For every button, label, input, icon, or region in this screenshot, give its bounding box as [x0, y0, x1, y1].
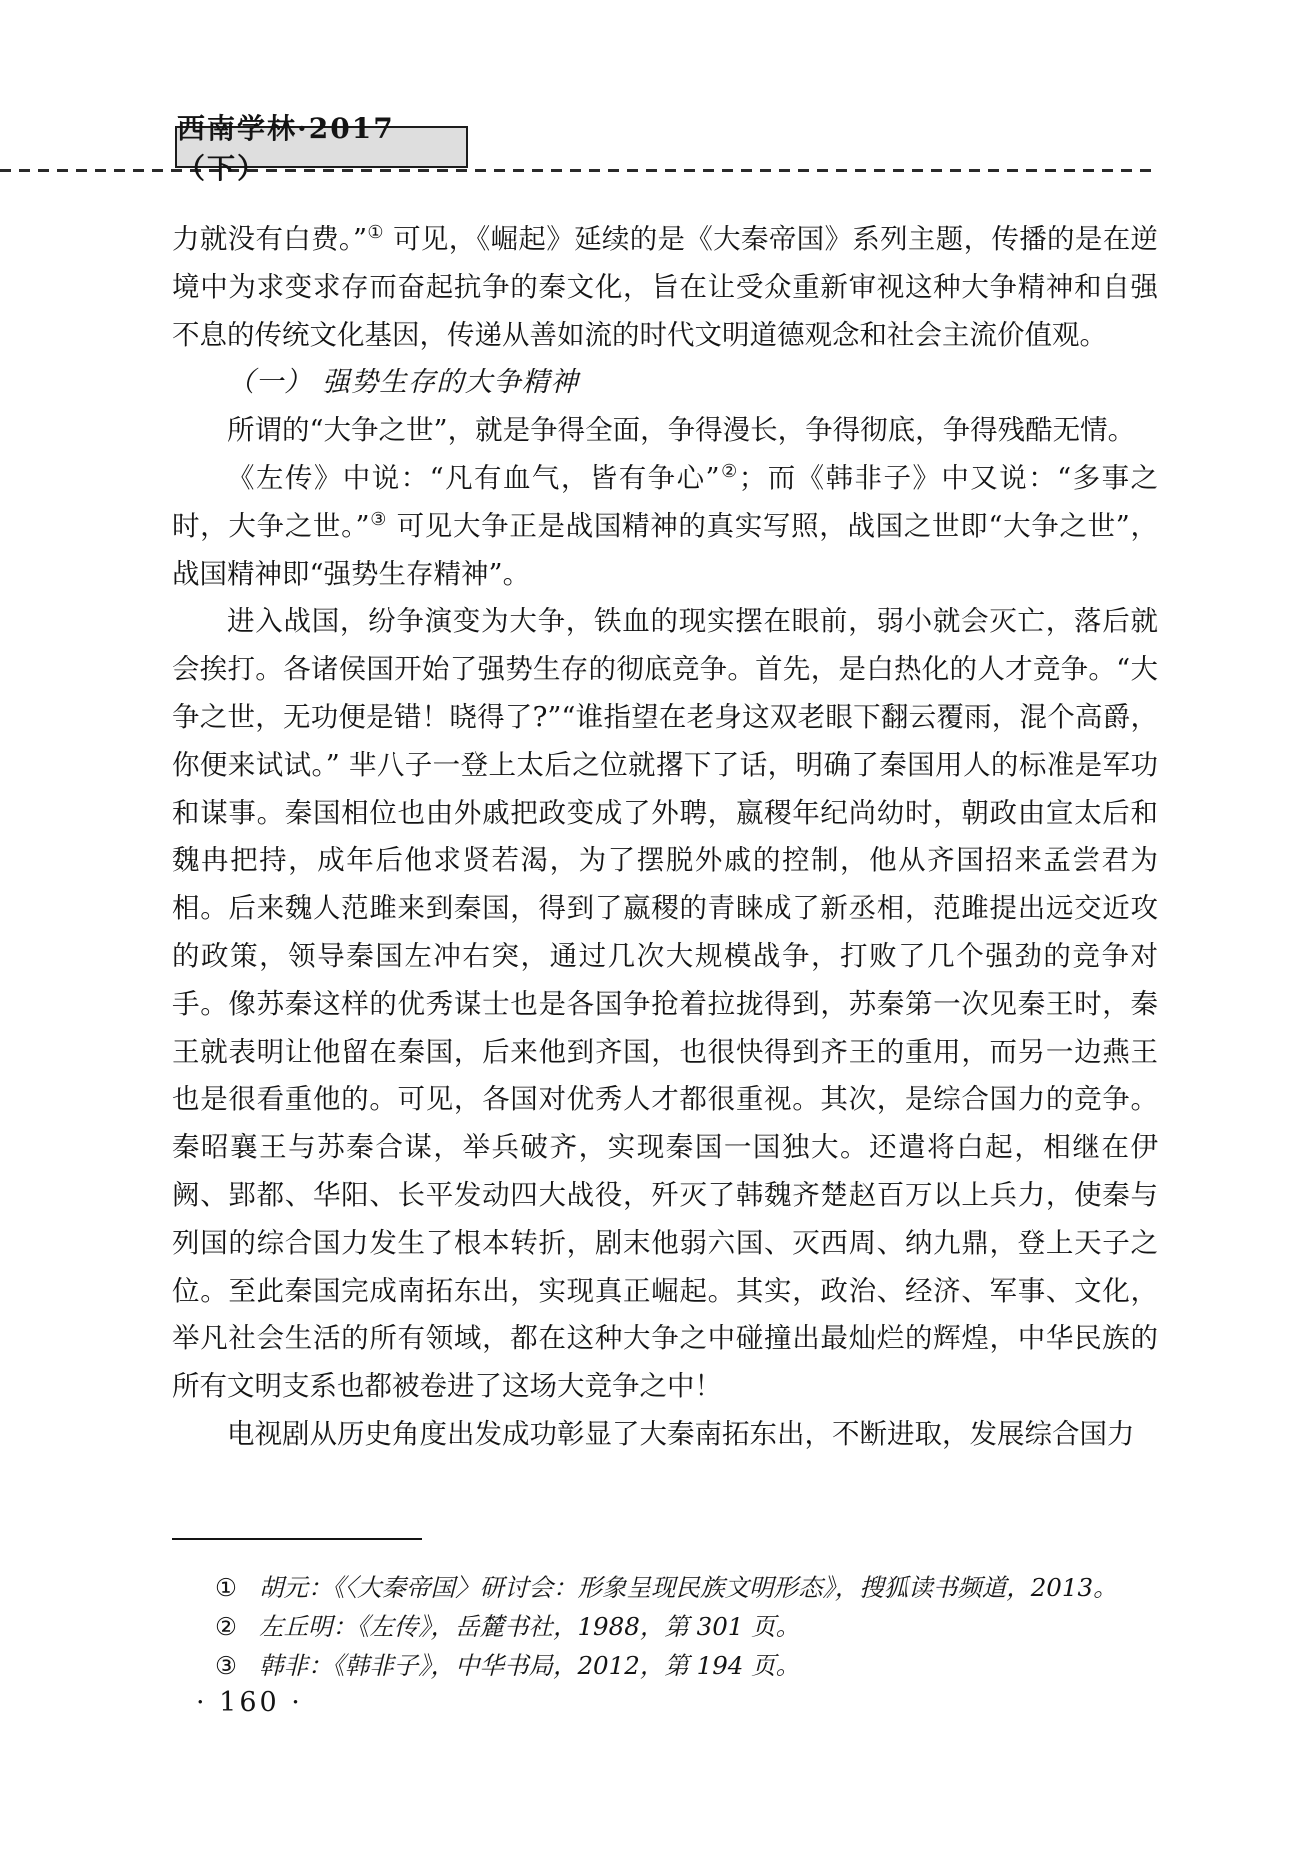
text-run: 《左传》中说：“凡有血气，皆有争心”	[227, 462, 720, 494]
header-dashed-rule	[0, 169, 1155, 172]
running-head-title: 西南学林·2017（下）	[177, 107, 466, 187]
footnote-text: 韩非：《韩非子》，中华书局，2012，第 194 页。	[259, 1646, 800, 1685]
para-dianshiju: 电视剧从历史角度出发成功彰显了大秦南拓东出，不断进取，发展综合国力	[172, 1411, 1158, 1459]
para-zuozhuan: 《左传》中说：“凡有血气，皆有争心”②；而《韩非子》中又说：“多事之时，大争之世…	[172, 455, 1158, 598]
section-heading: （一） 强势生存的大争精神	[172, 359, 1158, 407]
para-continuation: 力就没有白费。”① 可见，《崛起》延续的是《大秦帝国》系列主题，传播的是在逆境中…	[172, 216, 1158, 359]
footnote-item: ②左丘明：《左传》，岳麓书社，1988，第 301 页。	[172, 1607, 1158, 1646]
footnote-number: ③	[215, 1646, 237, 1685]
footnote-text: 胡元：《〈大秦帝国〉研讨会：形象呈现民族文明形态》，搜狐读书频道，2013。	[259, 1568, 1118, 1607]
text-run: 力就没有白费。”	[172, 223, 367, 255]
footnote-number: ①	[215, 1568, 237, 1607]
text-run: 所谓的“大争之世”，就是争得全面，争得漫长，争得彻底，争得残酷无情。	[227, 414, 1135, 446]
para-zhanguo: 进入战国，纷争演变为大争，铁血的现实摆在眼前，弱小就会灭亡，落后就会挨打。各诸侯…	[172, 598, 1158, 1411]
running-head-box: 西南学林·2017（下）	[175, 126, 468, 168]
footnotes: ①胡元：《〈大秦帝国〉研讨会：形象呈现民族文明形态》，搜狐读书频道，2013。②…	[172, 1568, 1158, 1685]
footnote-item: ①胡元：《〈大秦帝国〉研讨会：形象呈现民族文明形态》，搜狐读书频道，2013。	[172, 1568, 1158, 1607]
main-text: 力就没有白费。”① 可见，《崛起》延续的是《大秦帝国》系列主题，传播的是在逆境中…	[172, 216, 1158, 1459]
para-suowei: 所谓的“大争之世”，就是争得全面，争得漫长，争得彻底，争得残酷无情。	[172, 407, 1158, 455]
footnote-separator-rule	[172, 1538, 422, 1540]
footnote-ref-marker: ③	[370, 509, 388, 530]
footnote-number: ②	[215, 1607, 237, 1646]
text-run: 进入战国，纷争演变为大争，铁血的现实摆在眼前，弱小就会灭亡，落后就会挨打。各诸侯…	[172, 605, 1158, 1402]
book-page: 西南学林·2017（下） 力就没有白费。”① 可见，《崛起》延续的是《大秦帝国》…	[0, 0, 1307, 1859]
text-run: （一） 强势生存的大争精神	[227, 366, 579, 398]
footnote-item: ③韩非：《韩非子》，中华书局，2012，第 194 页。	[172, 1646, 1158, 1685]
footnote-ref-marker: ②	[720, 461, 739, 482]
page-number: · 160 ·	[196, 1687, 303, 1718]
footnote-ref-marker: ①	[367, 222, 384, 243]
footnote-text: 左丘明：《左传》，岳麓书社，1988，第 301 页。	[259, 1607, 800, 1646]
text-run: 电视剧从历史角度出发成功彰显了大秦南拓东出，不断进取，发展综合国力	[227, 1418, 1135, 1450]
